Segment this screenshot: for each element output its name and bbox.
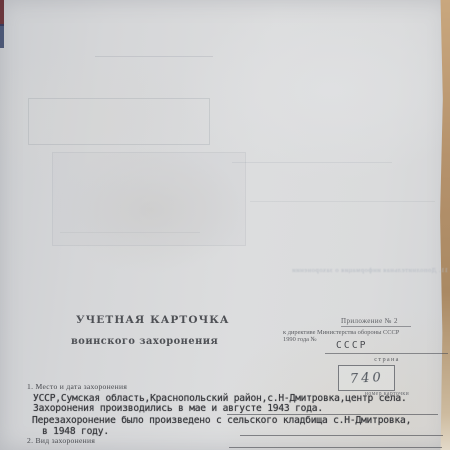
directive-line-2: 1990 года № bbox=[283, 336, 317, 343]
left-edge-navy-mark bbox=[0, 24, 4, 48]
photographed-document: 11. Дополнительная информация о захороне… bbox=[0, 0, 450, 450]
annex-reference: Приложение № 2 bbox=[341, 317, 398, 325]
directive-line-1: к директиве Министерства обороны СССР bbox=[283, 329, 399, 336]
form-line bbox=[240, 435, 443, 436]
section-2-label: 2. Вид захоронения bbox=[27, 436, 95, 445]
card-title: УЧЕТНАЯ КАРТОЧКА bbox=[76, 314, 230, 326]
form-line bbox=[229, 447, 442, 448]
annex-underline bbox=[341, 326, 411, 327]
country-underline bbox=[325, 353, 448, 354]
card-subtitle: воинского захоронения bbox=[71, 336, 218, 347]
left-edge-maroon-mark bbox=[0, 0, 4, 26]
bleed-through-mirrored-text: 11. Дополнительная информация о захороне… bbox=[190, 267, 448, 274]
card-number-handwritten: 740 bbox=[349, 370, 384, 387]
country-field-label: страна bbox=[327, 356, 447, 363]
card-number-box: 740 bbox=[338, 365, 395, 391]
typed-entry-reburial: Перезахоронение было произведено с сельс… bbox=[32, 415, 411, 426]
typed-entry-burial-dates: Захоронения производились в мае и август… bbox=[33, 403, 323, 414]
section-1-label: 1. Место и дата захоронения bbox=[27, 382, 127, 391]
country-value: СССР bbox=[336, 340, 368, 351]
